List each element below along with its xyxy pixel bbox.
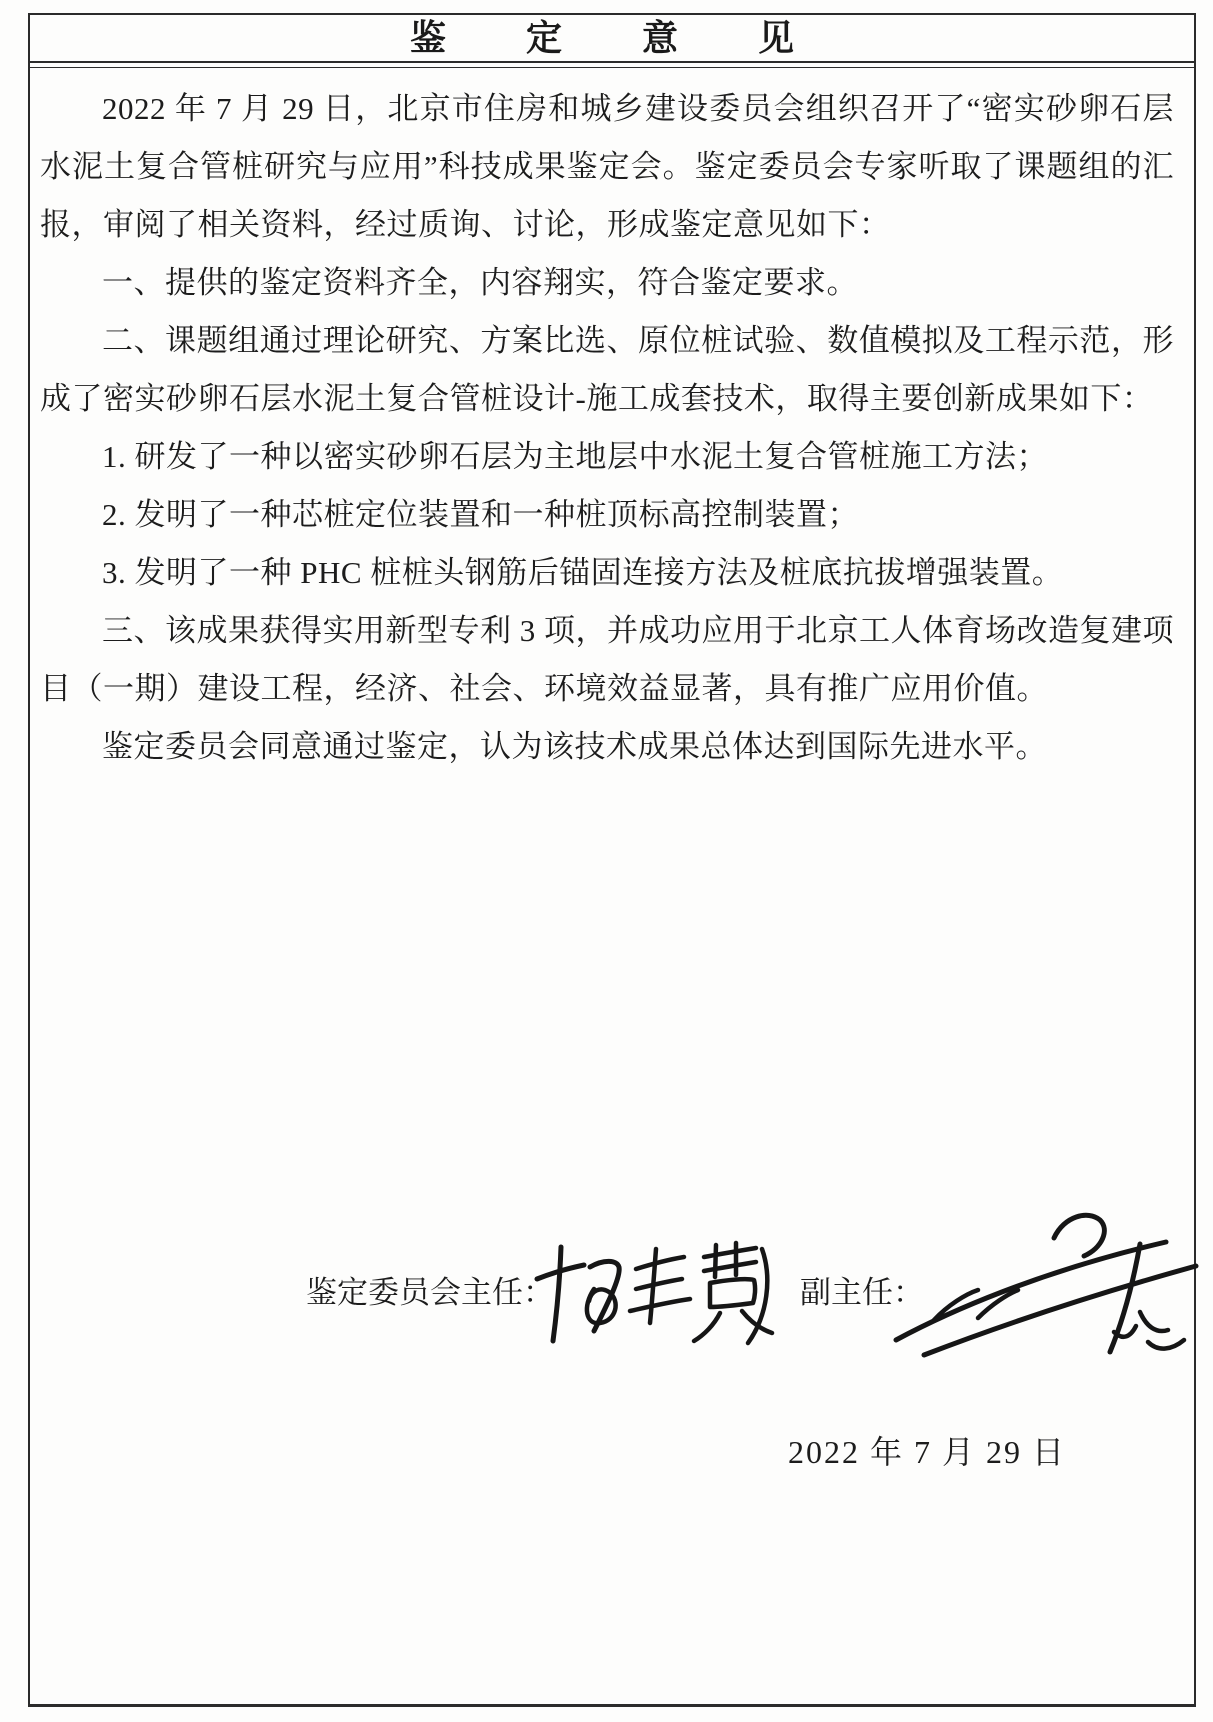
paragraph-intro: 2022 年 7 月 29 日，北京市住房和城乡建设委员会组织召开了“密实砂卵石… xyxy=(40,80,1174,254)
scanned-page: 鉴定意见 2022 年 7 月 29 日，北京市住房和城乡建设委员会组织召开了“… xyxy=(0,0,1213,1722)
vice-chairman-signature xyxy=(878,1200,1208,1375)
chairman-signature xyxy=(528,1233,778,1353)
paragraph-point-3: 三、该成果获得实用新型专利 3 项，并成功应用于北京工人体育场改造复建项目（一期… xyxy=(40,602,1174,718)
paragraph-item-3: 3. 发明了一种 PHC 桩桩头钢筋后锚固连接方法及桩底抗拔增强装置。 xyxy=(40,544,1174,602)
document-body: 2022 年 7 月 29 日，北京市住房和城乡建设委员会组织召开了“密实砂卵石… xyxy=(30,68,1194,776)
paragraph-point-1: 一、提供的鉴定资料齐全，内容翔实，符合鉴定要求。 xyxy=(40,254,1174,312)
paragraph-item-1: 1. 研发了一种以密实砂卵石层为主地层中水泥土复合管桩施工方法； xyxy=(40,428,1174,486)
document-frame: 鉴定意见 2022 年 7 月 29 日，北京市住房和城乡建设委员会组织召开了“… xyxy=(28,13,1196,1707)
paragraph-point-2: 二、课题组通过理论研究、方案比选、原位桩试验、数值模拟及工程示范，形成了密实砂卵… xyxy=(40,312,1174,428)
paragraph-item-2: 2. 发明了一种芯桩定位装置和一种桩顶标高控制装置； xyxy=(40,486,1174,544)
date-line: 2022 年 7 月 29 日 xyxy=(788,1427,1066,1473)
paragraph-conclusion: 鉴定委员会同意通过鉴定，认为该技术成果总体达到国际先进水平。 xyxy=(40,718,1174,776)
title-row: 鉴定意见 xyxy=(30,15,1194,63)
chairman-label: 鉴定委员会主任： xyxy=(306,1273,554,1313)
page-title: 鉴定意见 xyxy=(30,15,1194,61)
